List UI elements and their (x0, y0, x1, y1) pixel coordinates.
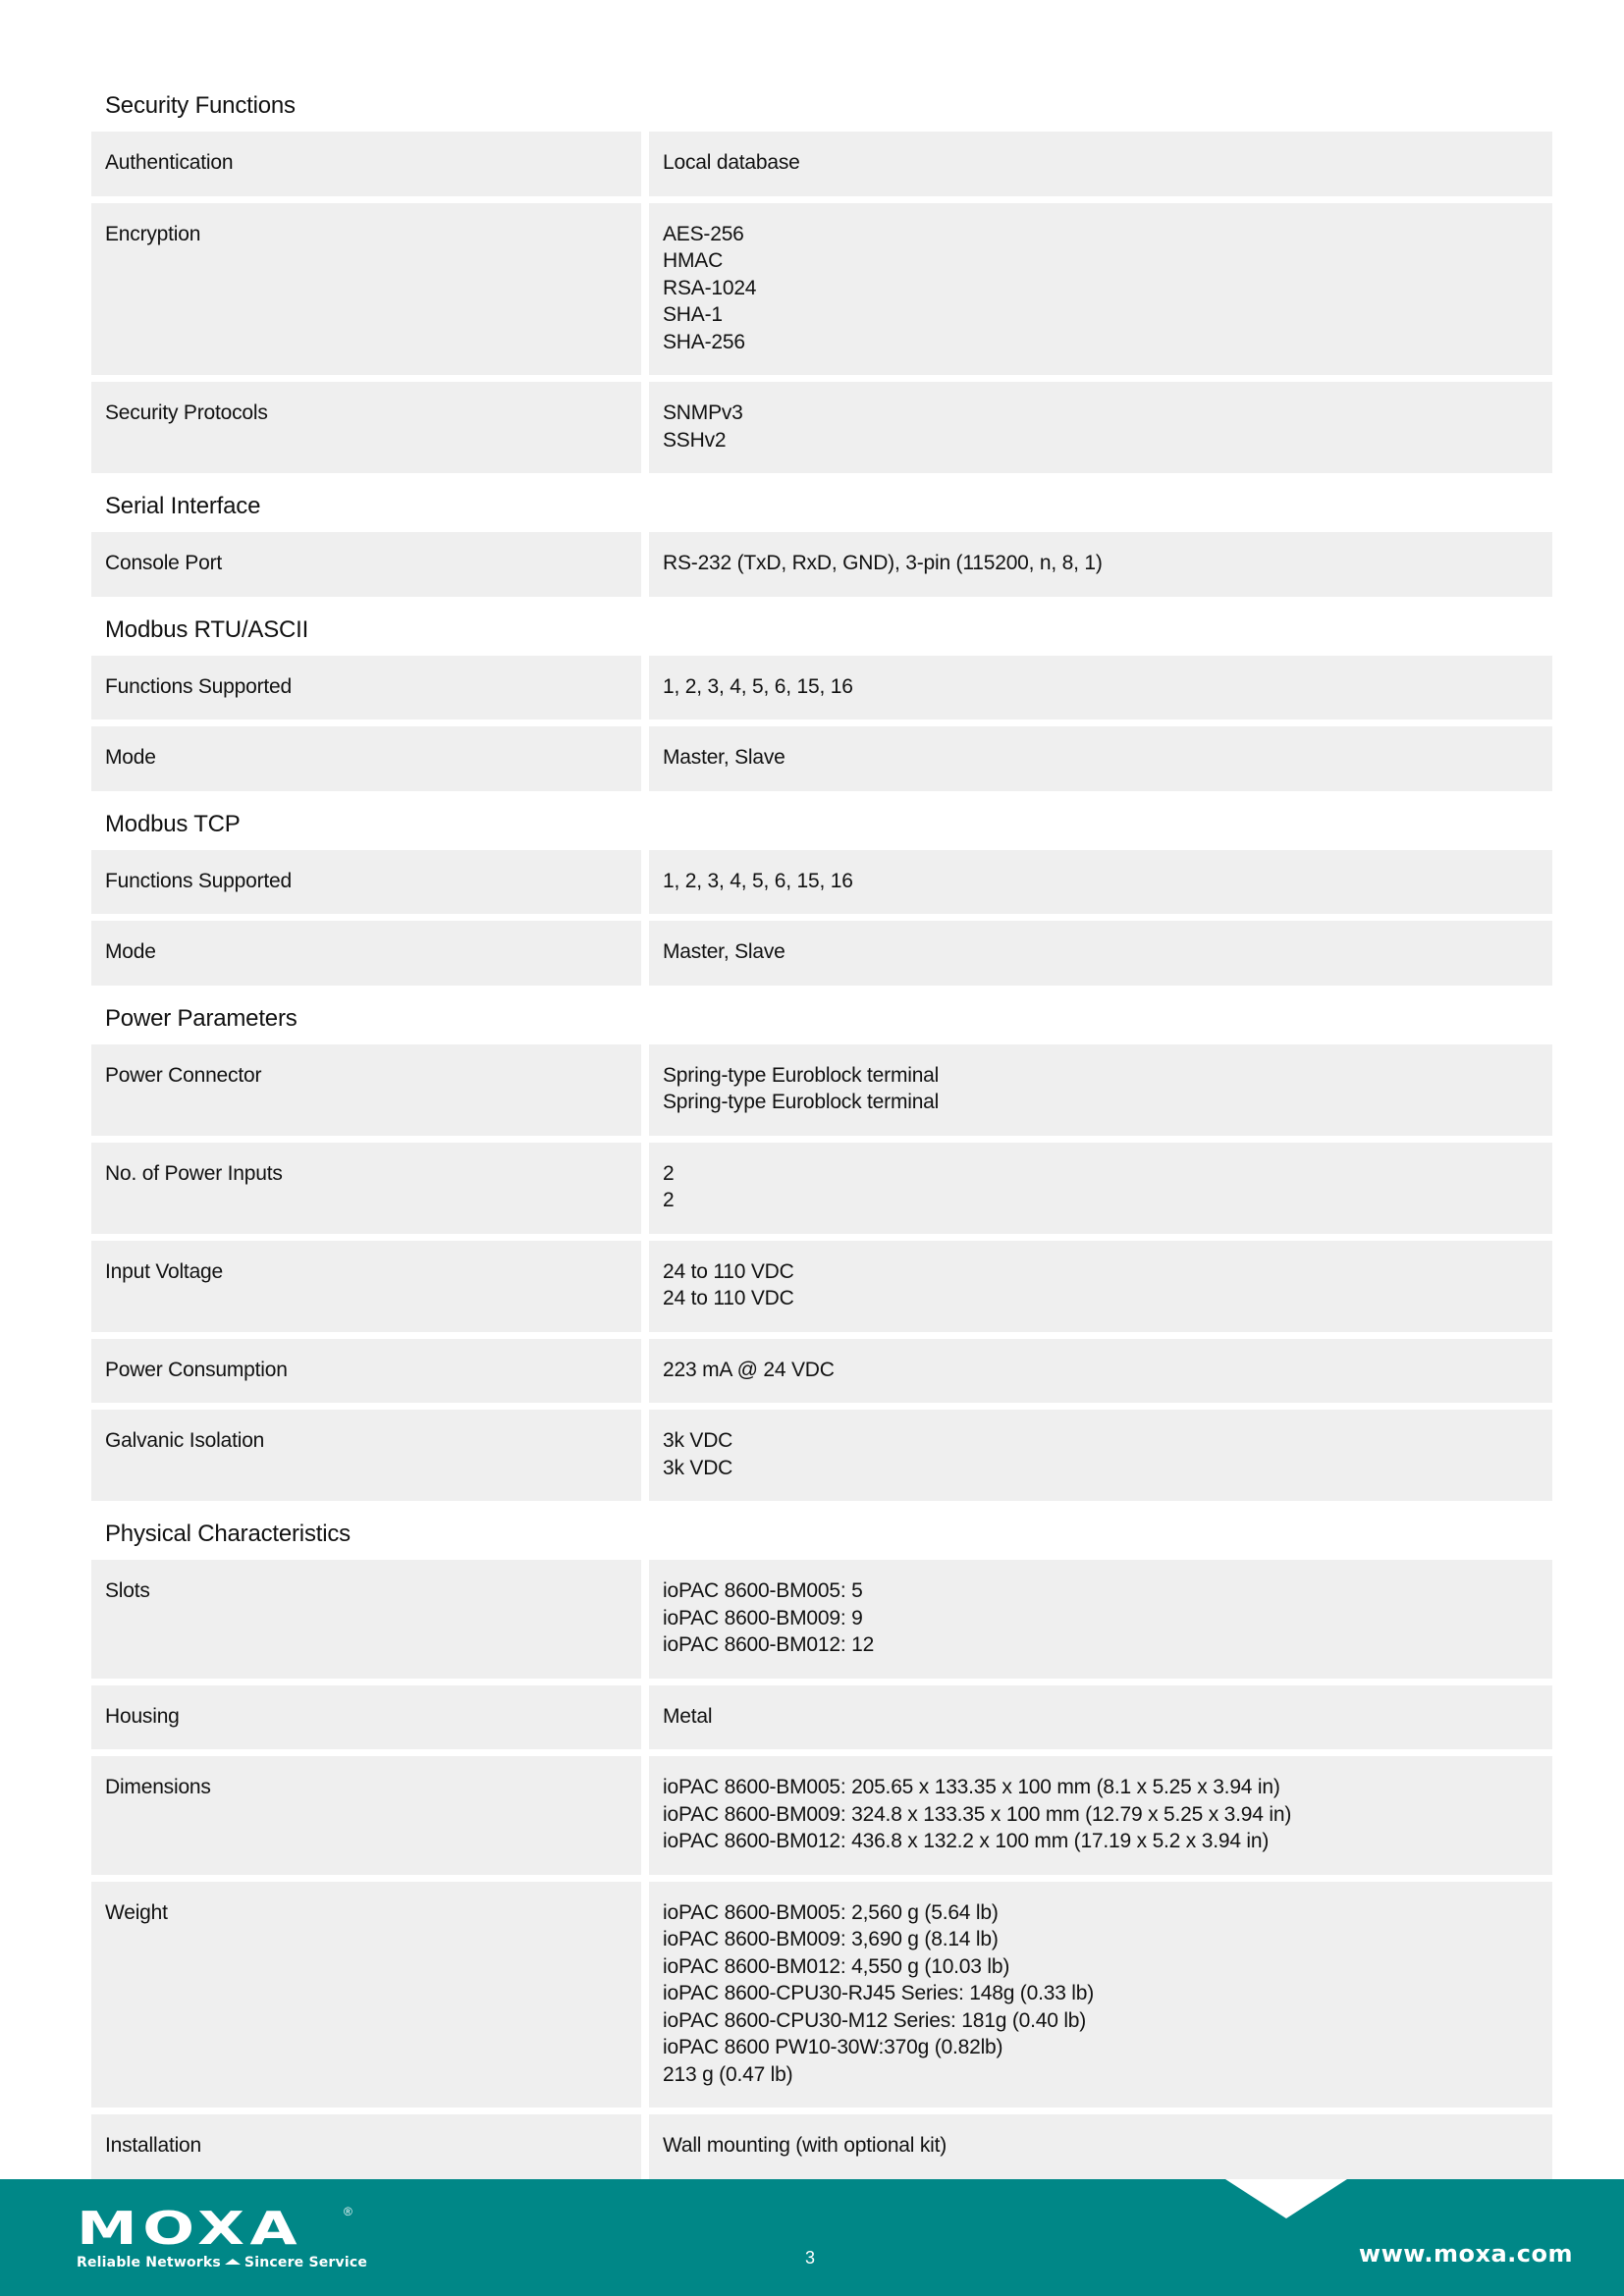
spec-value: ioPAC 8600-BM005: 5ioPAC 8600-BM009: 9io… (649, 1560, 1552, 1679)
spec-value: ioPAC 8600-BM005: 205.65 x 133.35 x 100 … (649, 1756, 1552, 1875)
spec-value-line: 3k VDC (663, 1455, 1539, 1482)
spec-label: Mode (91, 921, 641, 986)
spec-label: Mode (91, 726, 641, 791)
spec-value-line: 1, 2, 3, 4, 5, 6, 15, 16 (663, 673, 1539, 701)
section-title: Physical Characteristics (91, 1521, 1552, 1548)
spec-value: 1, 2, 3, 4, 5, 6, 15, 16 (649, 850, 1552, 915)
spec-value: 223 mA @ 24 VDC (649, 1339, 1552, 1404)
spec-row: HousingMetal (91, 1685, 1552, 1750)
spec-value-line: ioPAC 8600-BM012: 4,550 g (10.03 lb) (663, 1953, 1539, 1981)
spec-row: ModeMaster, Slave (91, 921, 1552, 986)
section-title: Modbus RTU/ASCII (91, 616, 1552, 644)
spec-value-line: AES-256 (663, 221, 1539, 248)
spec-value-line: ioPAC 8600-BM005: 2,560 g (5.64 lb) (663, 1899, 1539, 1927)
spec-label: Authentication (91, 132, 641, 196)
spec-row: Console PortRS-232 (TxD, RxD, GND), 3-pi… (91, 532, 1552, 597)
section-title: Modbus TCP (91, 811, 1552, 838)
spec-value-line: ioPAC 8600-BM012: 12 (663, 1631, 1539, 1659)
spec-value-line: SNMPv3 (663, 400, 1539, 427)
spec-label: Slots (91, 1560, 641, 1679)
spec-value-line: ioPAC 8600-BM009: 9 (663, 1605, 1539, 1632)
spec-row: WeightioPAC 8600-BM005: 2,560 g (5.64 lb… (91, 1882, 1552, 2109)
spec-row: No. of Power Inputs22 (91, 1143, 1552, 1234)
spec-label: Dimensions (91, 1756, 641, 1875)
spec-row: Power Consumption223 mA @ 24 VDC (91, 1339, 1552, 1404)
spec-section: Physical CharacteristicsSlotsioPAC 8600-… (91, 1521, 1552, 2277)
spec-value-line: SHA-1 (663, 301, 1539, 329)
spec-value-line: Spring-type Euroblock terminal (663, 1089, 1539, 1116)
spec-value-line: 213 g (0.47 lb) (663, 2061, 1539, 2089)
section-title: Security Functions (91, 92, 1552, 120)
spec-value-line: ioPAC 8600-BM009: 3,690 g (8.14 lb) (663, 1926, 1539, 1953)
spec-value-line: ioPAC 8600-BM005: 205.65 x 133.35 x 100 … (663, 1774, 1539, 1801)
spec-value: 24 to 110 VDC24 to 110 VDC (649, 1241, 1552, 1332)
spec-value-line: 2 (663, 1187, 1539, 1214)
spec-value-line: 3k VDC (663, 1427, 1539, 1455)
spec-row: DimensionsioPAC 8600-BM005: 205.65 x 133… (91, 1756, 1552, 1875)
section-title: Serial Interface (91, 493, 1552, 520)
moxa-logo: MOXA ® Reliable NetworksSincere Service (77, 2209, 367, 2270)
spec-value-line: Master, Slave (663, 744, 1539, 772)
spec-label: No. of Power Inputs (91, 1143, 641, 1234)
spec-section: Modbus RTU/ASCIIFunctions Supported1, 2,… (91, 616, 1552, 791)
spec-row: AuthenticationLocal database (91, 132, 1552, 196)
spec-value-line: ioPAC 8600 PW10-30W:370g (0.82lb) (663, 2034, 1539, 2061)
spec-value: 22 (649, 1143, 1552, 1234)
spec-value-line: Local database (663, 149, 1539, 177)
spec-value: Master, Slave (649, 921, 1552, 986)
page-number: 3 (805, 2248, 815, 2269)
spec-value: Spring-type Euroblock terminalSpring-typ… (649, 1044, 1552, 1136)
spec-value-line: Wall mounting (with optional kit) (663, 2132, 1539, 2160)
spec-value: 3k VDC3k VDC (649, 1410, 1552, 1501)
spec-value-line: SSHv2 (663, 427, 1539, 454)
spec-value: AES-256HMACRSA-1024SHA-1SHA-256 (649, 203, 1552, 376)
section-title: Power Parameters (91, 1005, 1552, 1033)
spec-section: Security FunctionsAuthenticationLocal da… (91, 92, 1552, 473)
spec-label: Power Consumption (91, 1339, 641, 1404)
spec-label: Security Protocols (91, 382, 641, 473)
spec-row: Functions Supported1, 2, 3, 4, 5, 6, 15,… (91, 850, 1552, 915)
spec-value: RS-232 (TxD, RxD, GND), 3-pin (115200, n… (649, 532, 1552, 597)
spec-row: Galvanic Isolation3k VDC3k VDC (91, 1410, 1552, 1501)
spec-section: Power ParametersPower ConnectorSpring-ty… (91, 1005, 1552, 1502)
spec-value: Local database (649, 132, 1552, 196)
spec-value-line: ioPAC 8600-BM005: 5 (663, 1577, 1539, 1605)
spec-label: Installation (91, 2114, 641, 2179)
spec-value: Master, Slave (649, 726, 1552, 791)
spec-value-line: ioPAC 8600-BM012: 436.8 x 132.2 x 100 mm… (663, 1828, 1539, 1855)
spec-value-line: SHA-256 (663, 329, 1539, 356)
spec-label: Weight (91, 1882, 641, 2109)
tagline-left: Reliable Networks (77, 2255, 221, 2270)
spec-value-line: ioPAC 8600-CPU30-RJ45 Series: 148g (0.33… (663, 1980, 1539, 2007)
spec-section: Modbus TCPFunctions Supported1, 2, 3, 4,… (91, 811, 1552, 986)
spec-value-line: RS-232 (TxD, RxD, GND), 3-pin (115200, n… (663, 550, 1539, 577)
spec-value: Metal (649, 1685, 1552, 1750)
spec-value-line: HMAC (663, 247, 1539, 275)
spec-value-line: ioPAC 8600-BM009: 324.8 x 133.35 x 100 m… (663, 1801, 1539, 1829)
spec-value-line: ioPAC 8600-CPU30-M12 Series: 181g (0.40 … (663, 2007, 1539, 2035)
spec-value: 1, 2, 3, 4, 5, 6, 15, 16 (649, 656, 1552, 721)
spec-value-line: 24 to 110 VDC (663, 1285, 1539, 1312)
spec-value-line: 223 mA @ 24 VDC (663, 1357, 1539, 1384)
spec-label: Functions Supported (91, 656, 641, 721)
spec-value: Wall mounting (with optional kit) (649, 2114, 1552, 2179)
logo-wordmark: MOXA (77, 2209, 302, 2248)
spec-label: Input Voltage (91, 1241, 641, 1332)
spec-row: Power ConnectorSpring-type Euroblock ter… (91, 1044, 1552, 1136)
spec-value-line: Master, Slave (663, 938, 1539, 966)
spec-value-line: 2 (663, 1160, 1539, 1188)
spec-row: Input Voltage24 to 110 VDC24 to 110 VDC (91, 1241, 1552, 1332)
spec-label: Console Port (91, 532, 641, 597)
spec-section: Serial InterfaceConsole PortRS-232 (TxD,… (91, 493, 1552, 597)
spec-label: Functions Supported (91, 850, 641, 915)
spec-row: SlotsioPAC 8600-BM005: 5ioPAC 8600-BM009… (91, 1560, 1552, 1679)
spec-value: SNMPv3SSHv2 (649, 382, 1552, 473)
website-link[interactable]: www.moxa.com (1359, 2240, 1573, 2268)
spec-label: Housing (91, 1685, 641, 1750)
registered-mark: ® (344, 2205, 352, 2218)
spec-value-line: RSA-1024 (663, 275, 1539, 302)
spec-row: EncryptionAES-256HMACRSA-1024SHA-1SHA-25… (91, 203, 1552, 376)
spec-row: Security ProtocolsSNMPv3SSHv2 (91, 382, 1552, 473)
spec-value-line: Metal (663, 1703, 1539, 1731)
spec-label: Encryption (91, 203, 641, 376)
triangle-icon (225, 2259, 241, 2265)
spec-row: Functions Supported1, 2, 3, 4, 5, 6, 15,… (91, 656, 1552, 721)
page-footer: MOXA ® Reliable NetworksSincere Service … (0, 2179, 1624, 2296)
spec-value-line: Spring-type Euroblock terminal (663, 1062, 1539, 1090)
tagline-right: Sincere Service (244, 2255, 367, 2270)
logo-tagline: Reliable NetworksSincere Service (77, 2255, 367, 2270)
spec-row: InstallationWall mounting (with optional… (91, 2114, 1552, 2179)
spec-label: Galvanic Isolation (91, 1410, 641, 1501)
spec-row: ModeMaster, Slave (91, 726, 1552, 791)
spec-value-line: 24 to 110 VDC (663, 1258, 1539, 1286)
spec-value-line: 1, 2, 3, 4, 5, 6, 15, 16 (663, 868, 1539, 895)
spec-label: Power Connector (91, 1044, 641, 1136)
spec-value: ioPAC 8600-BM005: 2,560 g (5.64 lb)ioPAC… (649, 1882, 1552, 2109)
spec-content: Security FunctionsAuthenticationLocal da… (91, 92, 1552, 2296)
footer-notch (1225, 2179, 1347, 2218)
